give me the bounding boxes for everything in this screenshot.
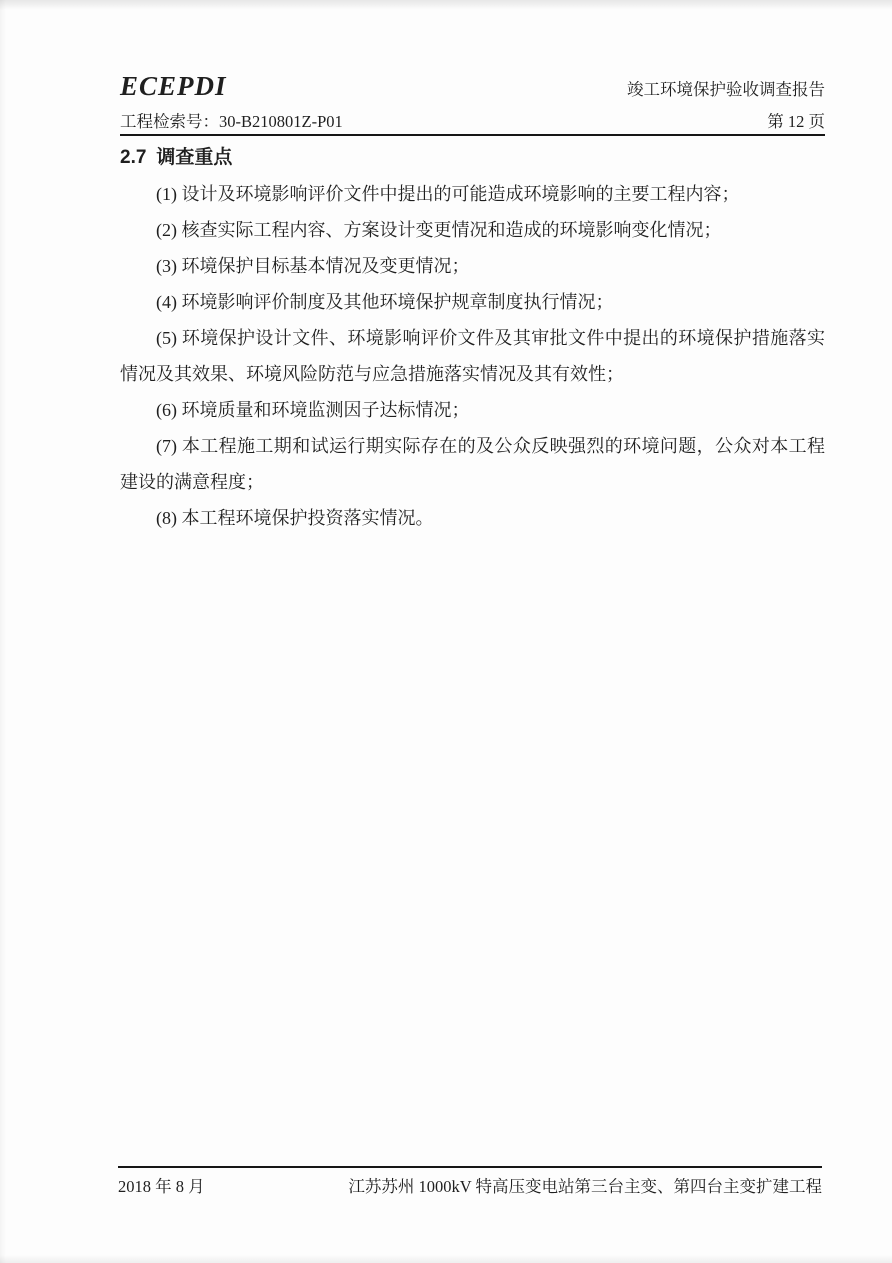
- header-rule: [120, 134, 825, 136]
- list-item-2: (2) 核查实际工程内容、方案设计变更情况和造成的环境影响变化情况；: [120, 212, 825, 248]
- list-item-6: (6) 环境质量和环境监测因子达标情况；: [120, 392, 825, 428]
- list-item-8: (8) 本工程环境保护投资落实情况。: [120, 500, 825, 536]
- list-item-7: (7) 本工程施工期和试运行期实际存在的及公众反映强烈的环境问题，公众对本工程建…: [120, 428, 825, 500]
- header-top-row: ECEPDI 竣工环境保护验收调查报告: [120, 71, 825, 101]
- page-header: ECEPDI 竣工环境保护验收调查报告 工程检索号：30-B210801Z-P0…: [120, 71, 825, 136]
- footer-project-name: 江苏苏州 1000kV 特高压变电站第三台主变、第四台主变扩建工程: [348, 1177, 822, 1197]
- report-title: 竣工环境保护验收调查报告: [627, 80, 825, 100]
- page-number: 第 12 页: [767, 112, 825, 132]
- page-footer: 2018 年 8 月 江苏苏州 1000kV 特高压变电站第三台主变、第四台主变…: [118, 1166, 822, 1197]
- list-item-1: (1) 设计及环境影响评价文件中提出的可能造成环境影响的主要工程内容；: [120, 176, 825, 212]
- doc-index-number: 工程检索号：30-B210801Z-P01: [120, 112, 343, 132]
- footer-row: 2018 年 8 月 江苏苏州 1000kV 特高压变电站第三台主变、第四台主变…: [118, 1177, 822, 1197]
- section-title: 调查重点: [156, 147, 232, 168]
- company-logo: ECEPDI: [120, 71, 227, 101]
- list-item-5: (5) 环境保护设计文件、环境影响评价文件及其审批文件中提出的环境保护措施落实情…: [120, 320, 825, 392]
- header-second-row: 工程检索号：30-B210801Z-P01 第 12 页: [120, 112, 825, 132]
- footer-rule: [118, 1166, 822, 1168]
- section-heading: 2.7调查重点: [120, 140, 825, 176]
- section-number: 2.7: [120, 147, 146, 168]
- document-body: 2.7调查重点 (1) 设计及环境影响评价文件中提出的可能造成环境影响的主要工程…: [120, 140, 825, 536]
- list-item-4: (4) 环境影响评价制度及其他环境保护规章制度执行情况；: [120, 284, 825, 320]
- document-page: ECEPDI 竣工环境保护验收调查报告 工程检索号：30-B210801Z-P0…: [0, 0, 892, 1263]
- footer-date: 2018 年 8 月: [118, 1177, 205, 1197]
- list-item-3: (3) 环境保护目标基本情况及变更情况；: [120, 248, 825, 284]
